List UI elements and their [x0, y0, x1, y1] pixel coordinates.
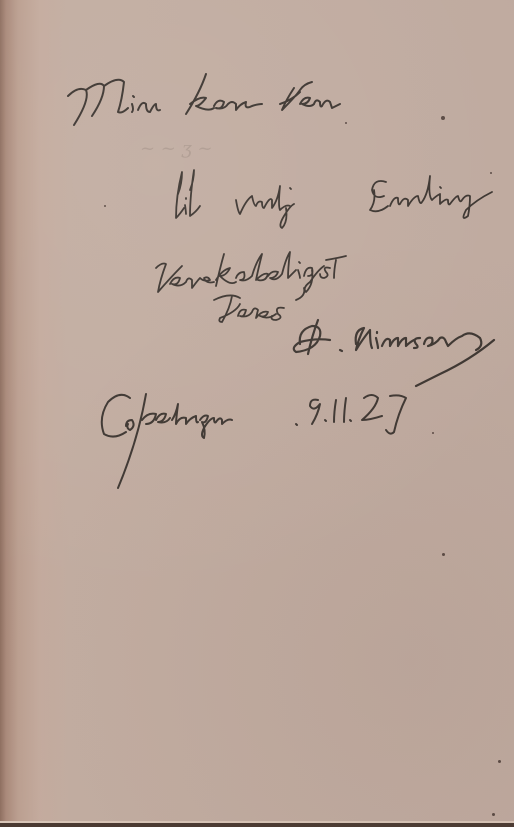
- inscription-yours: Deres: [214, 292, 285, 320]
- page-bottom-edge: [0, 823, 514, 827]
- signature: A. Nimsons: [292, 322, 442, 352]
- inscription-closing: Venskabeligst: [156, 252, 338, 282]
- paper-page: ~ ~ ʒ ~: [0, 0, 514, 827]
- place-and-date: Copenhagen 9.11.27: [100, 396, 394, 429]
- inscription-greeting: Min Kære Ven: [66, 78, 283, 113]
- inscription-remembrance: til venlig Erindring: [176, 176, 427, 206]
